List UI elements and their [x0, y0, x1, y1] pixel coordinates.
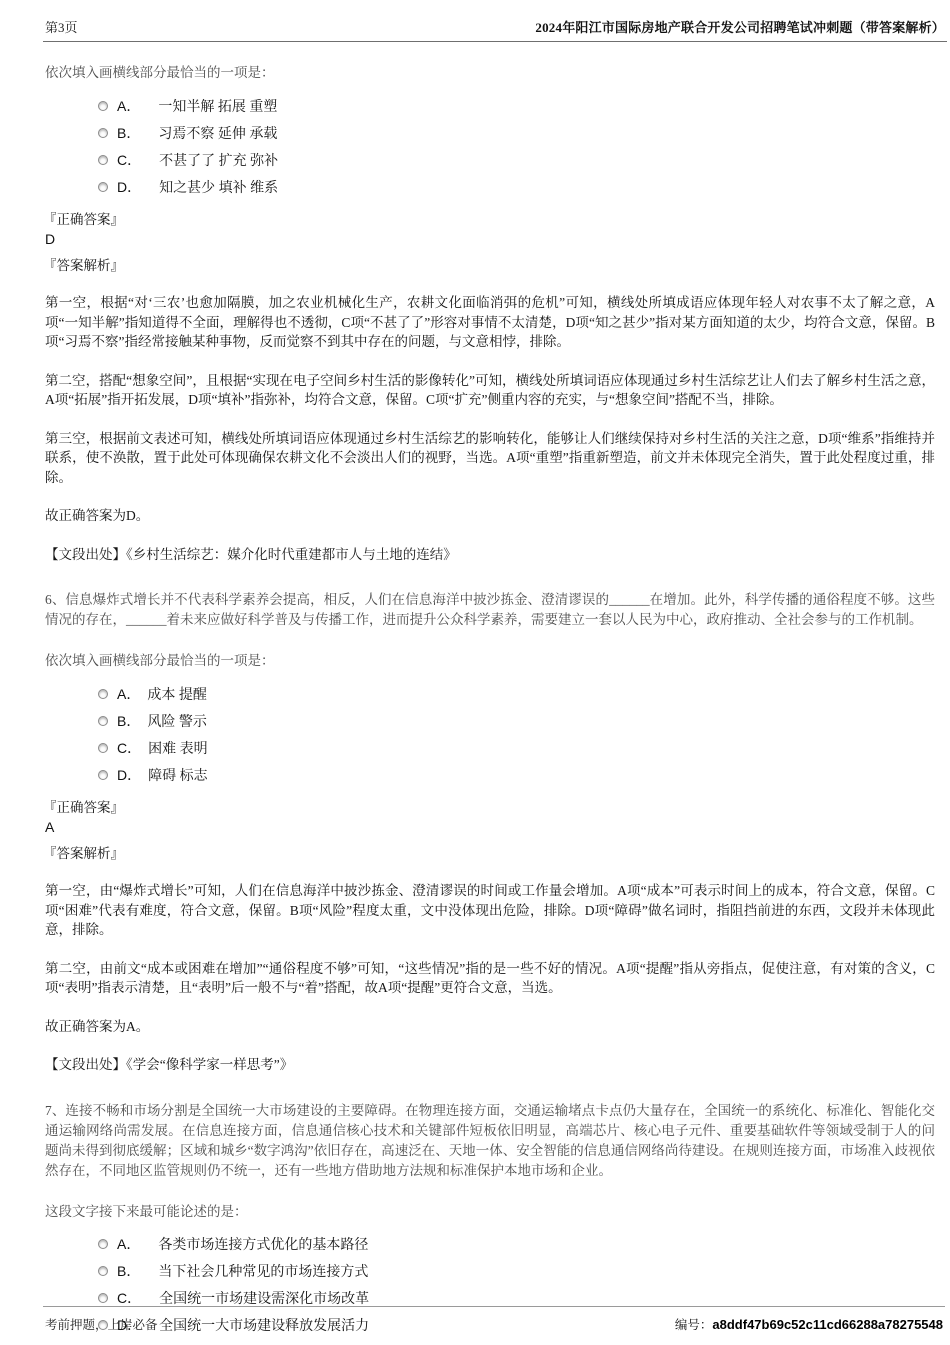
radio-button[interactable]: [98, 1266, 108, 1276]
option-letter: C．: [117, 738, 141, 758]
radio-button[interactable]: [98, 155, 108, 165]
option-letter: B．: [117, 1261, 140, 1281]
document-code: 编号：a8ddf47b69c52c11cd66288a78275548: [675, 1315, 943, 1333]
option-letter: C．: [117, 150, 141, 170]
question-7-block: 7、连接不畅和市场分割是全国统一大市场建设的主要障碍。在物理连接方面，交通运输堵…: [43, 1101, 935, 1339]
question-stem: 7、连接不畅和市场分割是全国统一大市场建设的主要障碍。在物理连接方面，交通运输堵…: [45, 1101, 935, 1181]
question-5-options: A． 一知半解 拓展 重塑 B． 习焉不察 延伸 承载 C． 不甚了了 扩充 弥…: [43, 92, 935, 200]
analysis-paragraph: 第三空，根据前文表述可知，横线处所填词语应体现通过乡村生活综艺的影响转化，能够让…: [45, 429, 935, 488]
option-letter: C．: [117, 1288, 141, 1308]
question-prompt: 这段文字接下来最可能论述的是：: [45, 1202, 935, 1221]
analysis-conclusion: 故正确答案为A。: [45, 1017, 935, 1037]
radio-button[interactable]: [98, 128, 108, 138]
option-text: 习焉不察 延伸 承载: [158, 123, 277, 143]
analysis-paragraph: 第一空，根据“对‘三农’也愈加隔膜，加之农业机械化生产，农耕文化面临消弭的危机”…: [45, 293, 935, 352]
option-row[interactable]: A． 一知半解 拓展 重塑: [43, 92, 935, 119]
radio-button[interactable]: [98, 689, 108, 699]
option-text: 全国统一市场建设需深化市场改革: [159, 1288, 369, 1308]
page-number: 第3页: [45, 17, 78, 36]
question-prompt: 依次填入画横线部分最恰当的一项是：: [45, 651, 935, 670]
option-text: 不甚了了 扩充 弥补: [159, 150, 278, 170]
correct-answer-heading: 『正确答案』: [43, 208, 935, 228]
analysis-paragraph: 第一空，由“爆炸式增长”可知，人们在信息海洋中披沙拣金、澄清谬误的时间或工作量会…: [45, 881, 935, 940]
option-text: 一知半解 拓展 重塑: [158, 96, 277, 116]
option-row[interactable]: B． 习焉不察 延伸 承载: [43, 119, 935, 146]
option-row[interactable]: D． 障碍 标志: [43, 761, 935, 788]
document-code-label: 编号：: [675, 1318, 713, 1332]
passage-source: 【文段出处】《乡村生活综艺：媒介化时代重建都市人与土地的连结》: [45, 545, 935, 565]
option-text: 各类市场连接方式优化的基本路径: [158, 1234, 368, 1254]
document-page: 第3页 2024年阳江市国际房地产联合开发公司招聘笔试冲刺题（带答案解析） 依次…: [0, 0, 950, 1345]
correct-answer-value: A: [45, 819, 935, 835]
option-letter: B．: [117, 123, 140, 143]
correct-answer-heading: 『正确答案』: [43, 796, 935, 816]
radio-button[interactable]: [98, 1293, 108, 1303]
document-title: 2024年阳江市国际房地产联合开发公司招聘笔试冲刺题（带答案解析）: [535, 17, 945, 36]
radio-button[interactable]: [98, 182, 108, 192]
question-prompt: 依次填入画横线部分最恰当的一项是：: [45, 63, 935, 82]
option-text: 成本 提醒: [147, 684, 207, 704]
option-letter: B．: [117, 711, 140, 731]
option-row[interactable]: D． 知之甚少 填补 维系: [43, 173, 935, 200]
page-body: 依次填入画横线部分最恰当的一项是： A． 一知半解 拓展 重塑 B． 习焉不察 …: [43, 63, 935, 1339]
radio-button[interactable]: [98, 743, 108, 753]
option-row[interactable]: B． 风险 警示: [43, 707, 935, 734]
option-letter: D．: [117, 177, 141, 197]
option-row[interactable]: A． 各类市场连接方式优化的基本路径: [43, 1231, 935, 1258]
page-header: 第3页 2024年阳江市国际房地产联合开发公司招聘笔试冲刺题（带答案解析）: [43, 0, 947, 42]
correct-answer-value: D: [45, 231, 935, 247]
option-row[interactable]: A． 成本 提醒: [43, 680, 935, 707]
document-code-value: a8ddf47b69c52c11cd66288a78275548: [712, 1317, 943, 1332]
analysis-conclusion: 故正确答案为D。: [45, 506, 935, 526]
question-6-options: A． 成本 提醒 B． 风险 警示 C． 困难 表明 D． 障碍 标志: [43, 680, 935, 788]
analysis-paragraph: 第二空，由前文“成本或困难在增加”“通俗程度不够”可知，“这些情况”指的是一些不…: [45, 959, 935, 998]
radio-button[interactable]: [98, 770, 108, 780]
option-text: 风险 警示: [147, 711, 207, 731]
page-footer: 考前押题，上岸必备 编号：a8ddf47b69c52c11cd66288a782…: [43, 1306, 945, 1333]
option-row[interactable]: B． 当下社会几种常见的市场连接方式: [43, 1258, 935, 1285]
option-letter: D．: [117, 765, 141, 785]
analysis-heading: 『答案解析』: [43, 254, 935, 274]
question-stem: 6、信息爆炸式增长并不代表科学素养会提高，相反，人们在信息海洋中披沙拣金、澄清谬…: [45, 590, 935, 630]
question-6-block: 6、信息爆炸式增长并不代表科学素养会提高，相反，人们在信息海洋中披沙拣金、澄清谬…: [43, 590, 935, 1075]
radio-button[interactable]: [98, 716, 108, 726]
analysis-paragraph: 第二空，搭配“想象空间”，且根据“实现在电子空间乡村生活的影像转化”可知，横线处…: [45, 371, 935, 410]
option-letter: A．: [117, 96, 140, 116]
radio-button[interactable]: [98, 101, 108, 111]
option-text: 知之甚少 填补 维系: [159, 177, 278, 197]
option-row[interactable]: C． 困难 表明: [43, 734, 935, 761]
option-letter: A．: [117, 1234, 140, 1254]
option-text: 当下社会几种常见的市场连接方式: [158, 1261, 368, 1281]
option-text: 困难 表明: [148, 738, 208, 758]
option-letter: A．: [117, 684, 140, 704]
question-5-block: 依次填入画横线部分最恰当的一项是： A． 一知半解 拓展 重塑 B． 习焉不察 …: [43, 63, 935, 564]
option-row[interactable]: C． 不甚了了 扩充 弥补: [43, 146, 935, 173]
passage-source: 【文段出处】《学会“像科学家一样思考”》: [45, 1055, 935, 1075]
footer-slogan: 考前押题，上岸必备: [45, 1315, 158, 1333]
option-text: 障碍 标志: [148, 765, 208, 785]
radio-button[interactable]: [98, 1239, 108, 1249]
analysis-heading: 『答案解析』: [43, 842, 935, 862]
